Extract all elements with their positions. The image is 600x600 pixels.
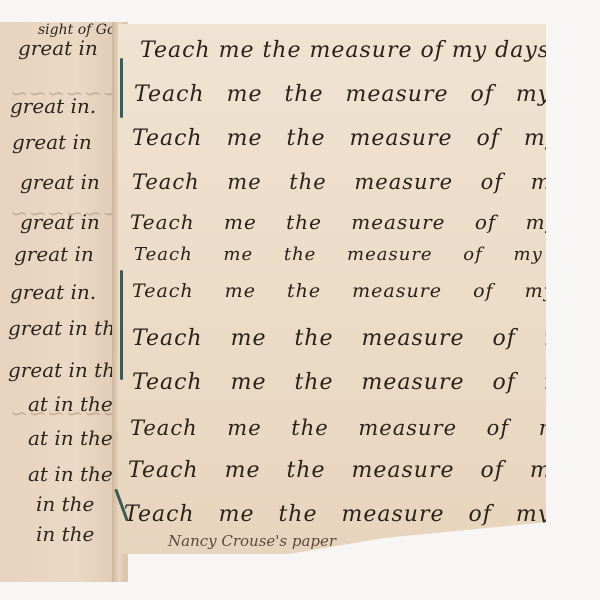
left-line: great in	[20, 170, 100, 194]
practice-line: Teach me the measure of my days	[140, 38, 550, 63]
left-line: at in the	[28, 392, 113, 416]
practice-line: Teach me the measure of my days	[124, 502, 600, 527]
left-line: great in the	[8, 358, 127, 382]
practice-line: Teach me the measure of my days	[128, 458, 600, 483]
left-line: at in the	[28, 462, 113, 486]
practice-line: Teach me the measure of my days	[134, 244, 600, 265]
practice-line: Teach me the measure of my days	[130, 210, 600, 234]
practice-line: Teach me the measure of my days	[132, 326, 600, 351]
practice-line: Teach me the measure of my days	[132, 280, 600, 302]
practice-line: Teach me the measure of my days	[130, 416, 600, 440]
left-line: great in the	[8, 316, 127, 340]
binding-thread	[120, 270, 123, 380]
practice-line: Teach me the measure of my days	[132, 370, 600, 395]
practice-line: Teach me the measure of my days	[134, 82, 600, 107]
left-page: ~~~~~~~~ ~~~~~~~~ ~~~~~~~~ sight of God …	[0, 22, 128, 582]
left-line: in the	[36, 522, 94, 546]
signature: Nancy Crouse's paper	[168, 532, 336, 550]
right-page: Teach me the measure of my days Teach me…	[118, 24, 546, 554]
left-line: great in	[14, 242, 94, 266]
left-line: great in	[18, 36, 98, 60]
binding-thread	[120, 58, 123, 118]
left-line: in the	[36, 492, 94, 516]
practice-line: Teach me the measure of my days	[132, 126, 600, 151]
left-line: great in.	[10, 94, 96, 118]
left-line: great in.	[10, 280, 96, 304]
left-line: great in	[12, 130, 92, 154]
practice-line: Teach me the measure of my days	[132, 170, 600, 194]
left-line: at in the	[28, 426, 113, 450]
left-line: great in	[20, 210, 100, 234]
